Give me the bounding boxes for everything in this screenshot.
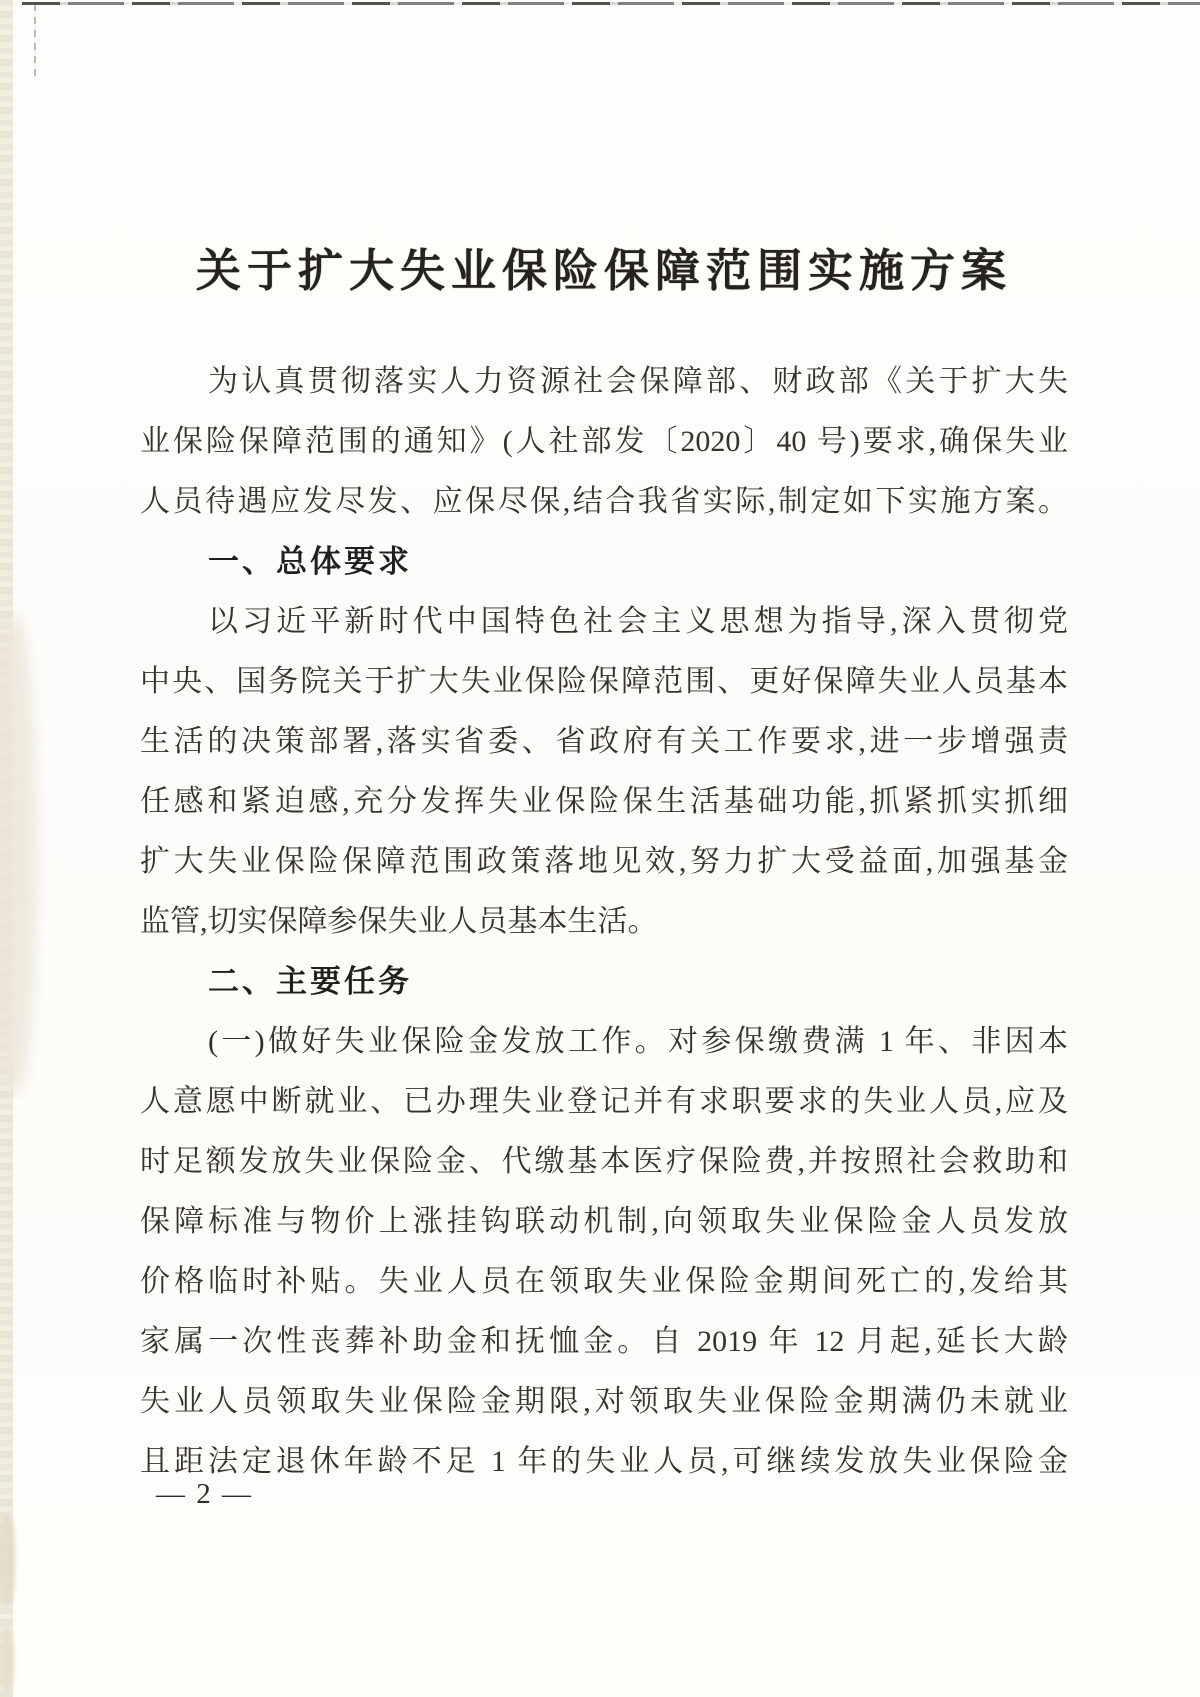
- subsection-lead: (一)做好失业保险金发放工作。: [208, 1025, 668, 1058]
- scan-bottom-left-blob: [0, 1628, 14, 1694]
- body-text-line: 价格临时补贴。失业人员在领取失业保险金期间死亡的,发给其: [140, 1252, 1068, 1312]
- body-text-line: 时足额发放失业保险金、代缴基本医疗保险费,并按照社会救助和: [140, 1132, 1068, 1192]
- body-text-line: 监管,切实保障参保失业人员基本生活。: [140, 892, 1068, 952]
- body-text-line: 保障标准与物价上涨挂钩联动机制,向领取失业保险金人员发放: [140, 1192, 1068, 1252]
- body-text-line: 且距法定退休年龄不足 1 年的失业人员,可继续发放失业保险金: [140, 1432, 1068, 1492]
- body-text-line: (一)做好失业保险金发放工作。对参保缴费满 1 年、非因本: [140, 1012, 1068, 1072]
- document-body: 为认真贯彻落实人力资源社会保障部、财政部《关于扩大失业保险保障范围的通知》(人社…: [140, 352, 1068, 1492]
- body-text-line: 业保险保障范围的通知》(人社部发〔2020〕40 号)要求,确保失业: [140, 412, 1068, 472]
- body-text-line: 任感和紧迫感,充分发挥失业保险保生活基础功能,抓紧抓实抓细: [140, 772, 1068, 832]
- page-number: — 2 —: [156, 1472, 253, 1516]
- scanned-document-page: 关于扩大失业保险保障范围实施方案 为认真贯彻落实人力资源社会保障部、财政部《关于…: [0, 0, 1200, 1697]
- section-heading: 一、总体要求: [140, 532, 1068, 592]
- body-text-line: 失业人员领取失业保险金期限,对领取失业保险金期满仍未就业: [140, 1372, 1068, 1432]
- scan-left-shade-artifact: [0, 615, 36, 1095]
- body-text-line: 为认真贯彻落实人力资源社会保障部、财政部《关于扩大失: [140, 352, 1068, 412]
- body-text-line: 中央、国务院关于扩大失业保险保障范围、更好保障失业人员基本: [140, 652, 1068, 712]
- scan-bottom-left-blob: [0, 1514, 15, 1606]
- section-heading: 二、主要任务: [140, 952, 1068, 1012]
- body-text-line: 以习近平新时代中国特色社会主义思想为指导,深入贯彻党: [140, 592, 1068, 652]
- body-text-line: 扩大失业保险保障范围政策落地见效,努力扩大受益面,加强基金: [140, 832, 1068, 892]
- body-text-line: 人员待遇应发尽发、应保尽保,结合我省实际,制定如下实施方案。: [140, 472, 1068, 532]
- scan-top-edge-line: [22, 2, 1200, 5]
- scan-left-tick-artifact: [34, 4, 36, 82]
- body-text-line: 人意愿中断就业、已办理失业登记并有求职要求的失业人员,应及: [140, 1072, 1068, 1132]
- document-title: 关于扩大失业保险保障范围实施方案: [140, 234, 1068, 299]
- body-text-line: 生活的决策部署,落实省委、省政府有关工作要求,进一步增强责: [140, 712, 1068, 772]
- body-text-line: 家属一次性丧葬补助金和抚恤金。自 2019 年 12 月起,延长大龄: [140, 1312, 1068, 1372]
